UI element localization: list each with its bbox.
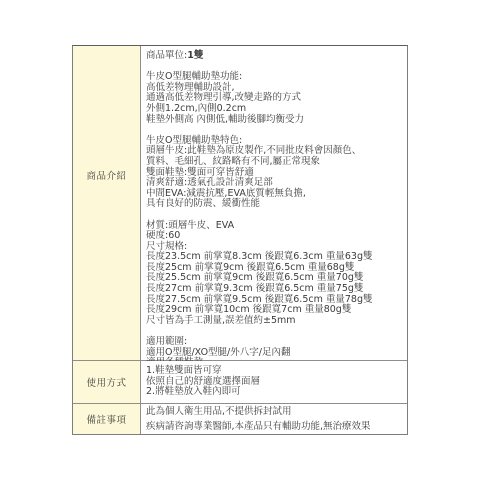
spec-row-usage: 使用方式 1.鞋墊雙面皆可穿依照自己的舒適度選擇面層2.將鞋墊放入鞋內即可 — [73, 360, 407, 403]
text-line: 材質:頭層牛皮、EVA — [146, 221, 404, 232]
product-spec-table: 商品介紹 商品單位:1雙 牛皮O型腿輔助墊功能:高低差物理輔助設計,通過高低差物… — [72, 45, 408, 435]
product-unit-label: 商品單位: — [146, 50, 187, 61]
text-line: 2.將鞋墊放入鞋內即可 — [146, 387, 404, 398]
product-intro-lines: 牛皮O型腿輔助墊功能:高低差物理輔助設計,通過高低差物理引導,改變走路的方式外側… — [146, 62, 404, 369]
row-header-notes: 備註事項 — [73, 404, 141, 434]
text-line: 尺寸皆為手工測量,誤差值約±5mm — [146, 316, 404, 327]
text-line: 此為個人衛生用品,不提供拆封試用 — [146, 407, 404, 418]
spec-row-notes: 備註事項 此為個人衛生用品,不提供拆封試用疾病請咨詢專業醫師,本產品只有輔助功能… — [73, 403, 407, 434]
text-line: 外側1.2cm,內側0.2cm — [146, 104, 404, 115]
blank-line — [146, 210, 404, 221]
text-line: 質料、毛細孔、紋路略有不同,屬正常現象 — [146, 157, 404, 168]
product-unit-line: 商品單位:1雙 — [146, 51, 404, 62]
text-line: 1.鞋墊雙面皆可穿 — [146, 366, 404, 377]
notes-lines: 此為個人衛生用品,不提供拆封試用疾病請咨詢專業醫師,本產品只有輔助功能,無治療效… — [146, 407, 404, 432]
row-header-usage: 使用方式 — [73, 361, 141, 403]
row-header-product-intro: 商品介紹 — [73, 46, 141, 360]
usage-lines: 1.鞋墊雙面皆可穿依照自己的舒適度選擇面層2.將鞋墊放入鞋內即可 — [146, 366, 404, 398]
text-line: 具有良好的防震、緩衝性能 — [146, 199, 404, 210]
spec-row-product-intro: 商品介紹 商品單位:1雙 牛皮O型腿輔助墊功能:高低差物理輔助設計,通過高低差物… — [73, 46, 407, 360]
product-unit-value: 1雙 — [187, 50, 203, 61]
row-content-usage: 1.鞋墊雙面皆可穿依照自己的舒適度選擇面層2.將鞋墊放入鞋內即可 — [141, 361, 407, 403]
row-content-notes: 此為個人衛生用品,不提供拆封試用疾病請咨詢專業醫師,本產品只有輔助功能,無治療效… — [141, 404, 407, 434]
text-line: 疾病請咨詢專業醫師,本產品只有輔助功能,無治療效果 — [146, 422, 404, 433]
row-content-product-intro: 商品單位:1雙 牛皮O型腿輔助墊功能:高低差物理輔助設計,通過高低差物理引導,改… — [141, 46, 407, 360]
text-line: 鞋墊外側高 內側低,輔助後腳均衡受力 — [146, 115, 404, 126]
